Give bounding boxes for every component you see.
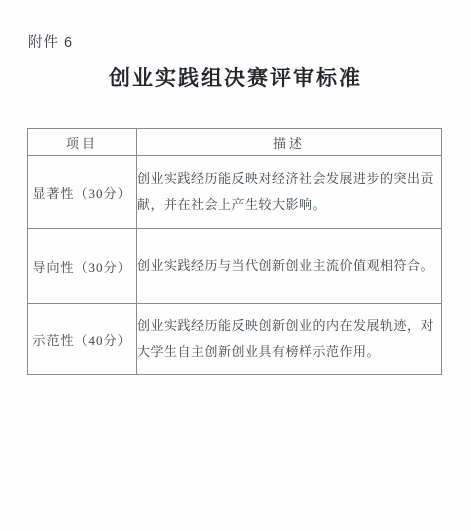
description-cell-orientation: 创业实践经历与当代创新创业主流价值观相符合。 xyxy=(137,229,442,304)
table-header-description: 描述 xyxy=(137,129,442,156)
table-row: 显著性（30分） 创业实践经历能反映对经济社会发展进步的突出贡献，并在社会上产生… xyxy=(28,156,442,229)
document-page: 附件 6 创业实践组决赛评审标准 项目 描述 显著性（30分） 创业实践经历能反… xyxy=(0,0,471,531)
description-cell-significance: 创业实践经历能反映对经济社会发展进步的突出贡献，并在社会上产生较大影响。 xyxy=(137,156,442,229)
item-cell-significance: 显著性（30分） xyxy=(28,156,137,229)
table-header-row: 项目 描述 xyxy=(28,129,442,156)
item-cell-exemplary: 示范性（40分） xyxy=(28,304,137,375)
table-header-item: 项目 xyxy=(28,129,137,156)
table-row: 导向性（30分） 创业实践经历与当代创新创业主流价值观相符合。 xyxy=(28,229,442,304)
page-title: 创业实践组决赛评审标准 xyxy=(0,62,471,92)
item-cell-orientation: 导向性（30分） xyxy=(28,229,137,304)
description-cell-exemplary: 创业实践经历能反映创新创业的内在发展轨迹，对大学生自主创新创业具有榜样示范作用。 xyxy=(137,304,442,375)
attachment-label: 附件 6 xyxy=(28,31,73,52)
table-row: 示范性（40分） 创业实践经历能反映创新创业的内在发展轨迹，对大学生自主创新创业… xyxy=(28,304,442,375)
criteria-table: 项目 描述 显著性（30分） 创业实践经历能反映对经济社会发展进步的突出贡献，并… xyxy=(27,128,442,375)
